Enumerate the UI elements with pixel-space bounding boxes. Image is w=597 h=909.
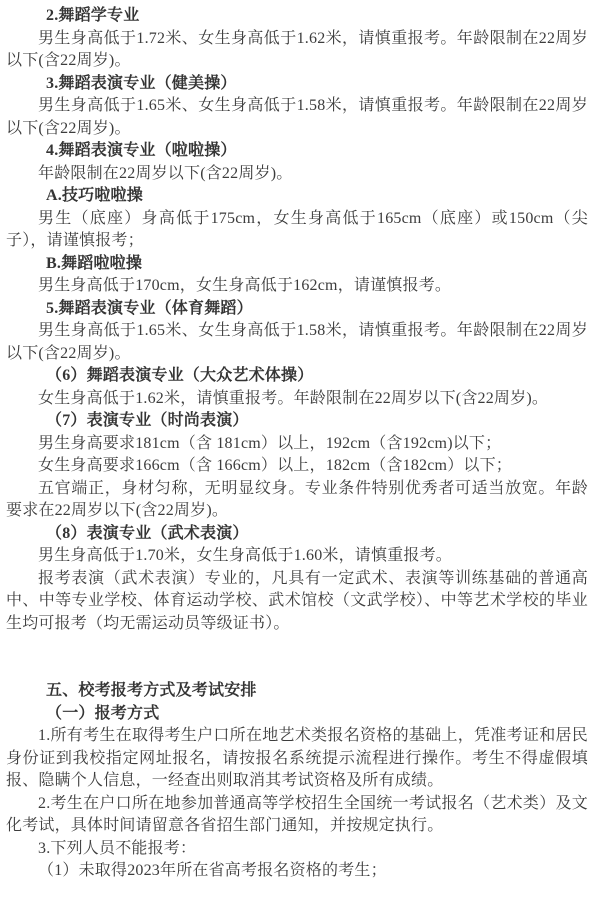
heading-dance-performance-aerobics: 3.舞蹈表演专业（健美操） [6, 73, 588, 96]
para-fashion-appearance-age: 五官端正，身材匀称，无明显纹身。专业条件特别优秀者可适当放宽。年龄要求在22周岁… [6, 478, 588, 523]
heading-dance-performance-mass-artistic-gymnastics: （6）舞蹈表演专业（大众艺术体操） [6, 365, 588, 388]
para-ineligible-item-1: （1）未取得2023年所在省高考报名资格的考生； [6, 860, 588, 883]
heading-performance-fashion: （7）表演专业（时尚表演） [6, 410, 588, 433]
para-registration-step-2: 2.考生在户口所在地参加普通高等学校招生全国统一考试报名（艺术类）及文化考试，具… [6, 793, 588, 838]
document-page: 2.舞蹈学专业 男生身高低于1.72米、女生身高低于1.62米，请慎重报考。年龄… [0, 0, 597, 909]
para-acrobatic-cheerleading-requirements: 男生（底座）身高低于175cm，女生身高低于165cm（底座）或150cm（尖子… [6, 208, 588, 253]
heading-dance-studies-major: 2.舞蹈学专业 [6, 5, 588, 28]
para-wushu-height: 男生身高低于1.70米，女生身高低于1.60米，请慎重报考。 [6, 545, 588, 568]
heading-section-5-registration-and-exam: 五、校考报考方式及考试安排 [6, 680, 588, 703]
para-fashion-male-height: 男生身高要求181cm（含 181cm）以上，192cm（含192cm)以下； [6, 433, 588, 456]
para-cheerleading-age-limit: 年龄限制在22周岁以下(含22周岁)。 [6, 163, 588, 186]
heading-dance-cheerleading: B.舞蹈啦啦操 [6, 253, 588, 276]
para-dance-studies-requirements: 男生身高低于1.72米、女生身高低于1.62米，请慎重报考。年龄限制在22周岁以… [6, 28, 588, 73]
para-sport-dance-requirements: 男生身高低于1.65米、女生身高低于1.58米，请慎重报考。年龄限制在22周岁以… [6, 320, 588, 365]
para-aerobics-requirements: 男生身高低于1.65米、女生身高低于1.58米，请慎重报考。年龄限制在22周岁以… [6, 95, 588, 140]
heading-dance-performance-cheerleading: 4.舞蹈表演专业（啦啦操） [6, 140, 588, 163]
para-dance-cheerleading-requirements: 男生身高低于170cm，女生身高低于162cm，请谨慎报考。 [6, 275, 588, 298]
heading-registration-method: （一）报考方式 [6, 703, 588, 726]
heading-performance-wushu: （8）表演专业（武术表演） [6, 523, 588, 546]
para-fashion-female-height: 女生身高要求166cm（含 166cm）以上，182cm（含182cm）以下； [6, 455, 588, 478]
para-ineligible-intro: 3.下列人员不能报考： [6, 838, 588, 861]
para-registration-step-1: 1.所有考生在取得考生户口所在地艺术类报名资格的基础上，凭准考证和居民身份证到我… [6, 725, 588, 793]
section-divider-gap [6, 635, 588, 680]
para-wushu-eligibility: 报考表演（武术表演）专业的，凡具有一定武术、表演等训练基础的普通高中、中等专业学… [6, 568, 588, 636]
heading-acrobatic-cheerleading: A.技巧啦啦操 [6, 185, 588, 208]
para-mass-artistic-gymnastics-requirements: 女生身高低于1.62米，请慎重报考。年龄限制在22周岁以下(含22周岁)。 [6, 388, 588, 411]
heading-dance-performance-sport-dance: 5.舞蹈表演专业（体育舞蹈） [6, 298, 588, 321]
